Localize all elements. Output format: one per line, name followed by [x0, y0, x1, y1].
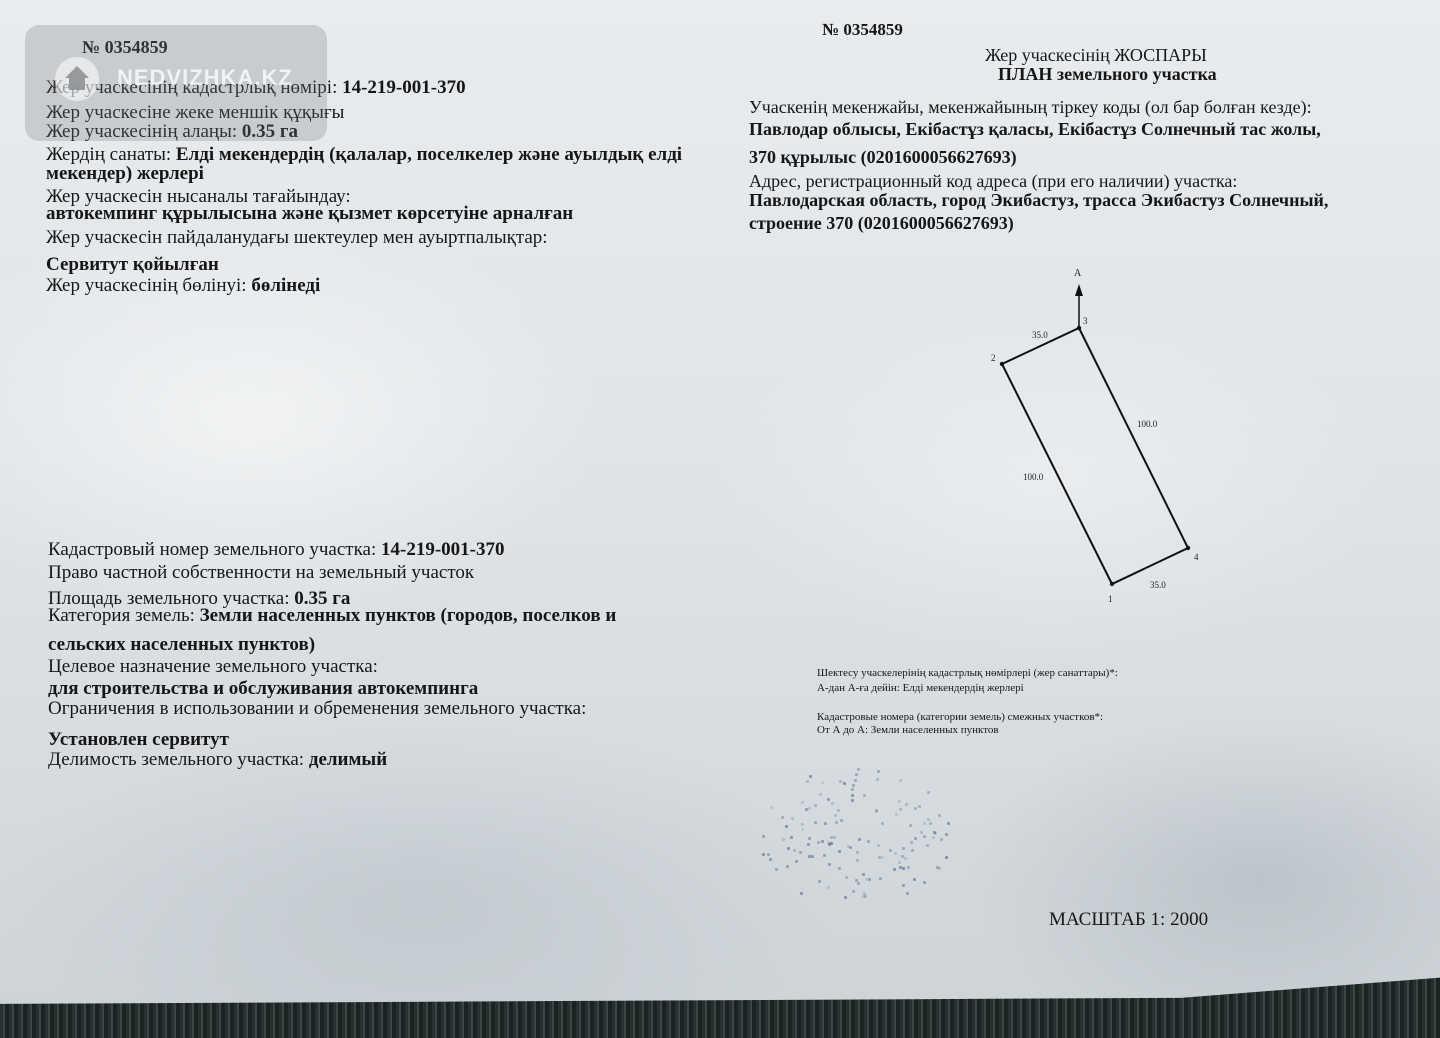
info-line: сельских населенных пунктов) [48, 635, 315, 655]
land-plot-plan: А 1 2 3 4 35.0 100.0 100.0 35.0 [980, 260, 1220, 610]
watermark: NEDVIZHKA.KZ [25, 25, 327, 141]
info-value: бөлінеді [251, 275, 320, 296]
info-line: мекендер) жерлері [46, 164, 204, 184]
plan-title-kz: Жер учаскесінің ЖОСПАРЫ [985, 45, 1207, 65]
info-label: Жер учаскесінің бөлінуі: [46, 275, 251, 296]
info-label: Целевое назначение земельного участка: [48, 656, 378, 677]
info-line: Ограничения в использовании и обременени… [48, 699, 586, 719]
info-value: автокемпинг құрылысына және қызмет көрсе… [46, 203, 573, 224]
address-ru-line1: Павлодарская область, город Экибастуз, т… [749, 190, 1328, 210]
edge-length: 35.0 [1150, 580, 1166, 590]
info-label: Жердің санаты: [46, 144, 176, 165]
adjacent-ru-value: От А до А: Земли населенных пунктов [817, 724, 999, 737]
info-line: Жер учаскесінің бөлінуі: бөлінеді [46, 276, 320, 296]
house-icon [55, 57, 99, 101]
info-line: Жер учаскесін пайдаланудағы шектеулер ме… [46, 228, 548, 248]
doc-number-right: № 0354859 [822, 20, 903, 40]
info-value: сельских населенных пунктов) [48, 634, 315, 655]
info-value: 14-219-001-370 [342, 77, 465, 98]
adjacent-kz-value: А-дан А-ға дейін: Елді мекендердің жерле… [817, 682, 1024, 695]
info-value: мекендер) жерлері [46, 163, 204, 184]
info-label: Право частной собственности на земельный… [48, 562, 474, 583]
address-kz-line1: Павлодар облысы, Екібастұз қаласы, Екіба… [749, 119, 1321, 139]
adjacent-kz-title: Шектесу учаскелерінің кадастрлық нөмірле… [817, 667, 1118, 680]
plan-title-kz-text: Жер учаскесінің ЖОСПАРЫ [985, 45, 1207, 65]
info-line: для строительства и обслуживания автокем… [48, 679, 478, 699]
info-line: Жердің санаты: Елді мекендердің (қалалар… [46, 145, 682, 165]
edge-length: 35.0 [1032, 330, 1048, 340]
point-label: 1 [1108, 594, 1113, 604]
info-value: Елді мекендердің (қалалар, поселкелер жә… [176, 144, 682, 165]
north-label: А [1074, 268, 1082, 279]
info-label: Кадастровый номер земельного участка: [48, 539, 381, 560]
info-label: Делимость земельного участка: [48, 749, 309, 770]
info-label: Категория земель: [48, 605, 200, 626]
info-line: Право частной собственности на земельный… [48, 563, 474, 583]
address-ru-line2: строение 370 (0201600056627693) [749, 213, 1014, 233]
edge-length: 100.0 [1137, 419, 1158, 429]
edge-length: 100.0 [1023, 472, 1044, 482]
address-label-ru: Адрес, регистрационный код адреса (при е… [749, 171, 1237, 191]
info-value: Земли населенных пунктов (городов, посел… [200, 605, 617, 626]
info-line: Категория земель: Земли населенных пункт… [48, 606, 616, 626]
info-line: Сервитут қойылған [46, 255, 219, 275]
plot-boundary [1002, 328, 1188, 584]
info-value: 14-219-001-370 [381, 539, 504, 560]
info-value: делимый [309, 749, 387, 770]
point-label: 2 [991, 353, 996, 363]
info-label: Жер учаскесін пайдаланудағы шектеулер ме… [46, 227, 548, 248]
info-value: Сервитут қойылған [46, 254, 219, 275]
info-label: Ограничения в использовании и обременени… [48, 698, 586, 719]
scale-label: МАСШТАБ 1: 2000 [1049, 909, 1208, 931]
info-value: для строительства и обслуживания автокем… [48, 678, 478, 699]
info-line: Кадастровый номер земельного участка: 14… [48, 540, 505, 560]
info-line: Установлен сервитут [48, 730, 229, 750]
info-line: Делимость земельного участка: делимый [48, 750, 387, 770]
address-label-kz: Учаскенің мекенжайы, мекенжайының тіркеу… [749, 97, 1312, 117]
plan-title-ru: ПЛАН земельного участка [998, 64, 1217, 84]
point-label: 4 [1194, 552, 1199, 562]
adjacent-ru-title: Кадастровые номера (категории земель) см… [817, 711, 1103, 724]
watermark-text: NEDVIZHKA.KZ [117, 65, 293, 91]
info-line: Целевое назначение земельного участка: [48, 657, 378, 677]
faint-seal-stamp [740, 760, 970, 910]
point-label: 3 [1083, 316, 1088, 326]
north-arrow-icon [1075, 284, 1083, 296]
info-value: Установлен сервитут [48, 729, 229, 750]
info-line: автокемпинг құрылысына және қызмет көрсе… [46, 204, 573, 224]
address-kz-line2: 370 құрылыс (0201600056627693) [749, 147, 1017, 167]
